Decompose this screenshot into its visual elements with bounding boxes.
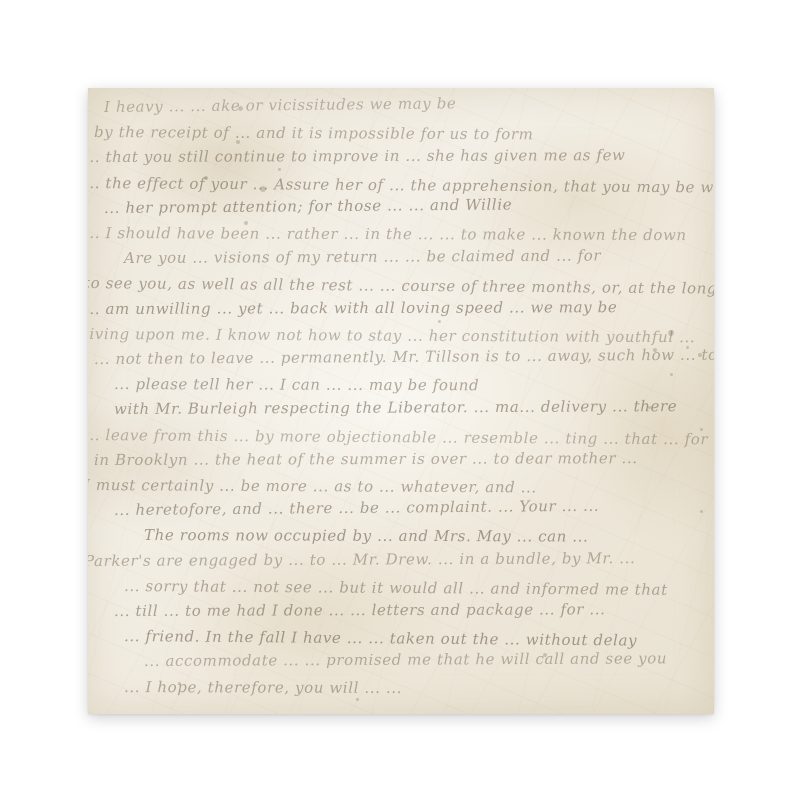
handwriting-line: by the receipt of ... and it is impossib… (94, 123, 534, 143)
product-image-stage: I heavy ... ... ake or vicissitudes we m… (0, 0, 800, 800)
handwriting-line: ... leave from this ... by more objectio… (88, 426, 714, 449)
handwriting-line: ... till ... to me had I done ... ... le… (114, 600, 606, 620)
ink-spot (356, 698, 359, 701)
ink-spot (278, 168, 281, 171)
ink-spot (668, 330, 674, 336)
ink-spot (438, 320, 441, 323)
handwriting-line: ... the effect of your ... Assure her of… (88, 174, 714, 197)
ink-spot (698, 353, 702, 357)
ink-spot (670, 373, 673, 376)
vintage-letter-paper: I heavy ... ... ake or vicissitudes we m… (88, 88, 714, 714)
handwriting-line: ... that you still continue to improve i… (88, 147, 625, 167)
handwriting-line: The rooms now occupied by ... and Mrs. M… (144, 526, 588, 546)
handwriting-line: ... I should have been ... rather ... in… (88, 224, 687, 244)
handwriting-line: I must certainly ... be more ... as to .… (88, 476, 537, 496)
handwriting-line: ... please tell her ... I can ... ... ma… (114, 375, 479, 394)
ink-spot (178, 682, 181, 685)
handwriting-line: I heavy ... ... ake or vicissitudes we m… (104, 94, 457, 116)
handwriting-line: ... not then to leave ... permanently. M… (94, 345, 714, 368)
handwriting-line: ... friend. In the fall I have ... ... t… (124, 627, 637, 649)
ink-spot (543, 653, 547, 657)
handwriting-line: ... I hope, therefore, you will ... ... (124, 678, 402, 697)
ink-spot (236, 140, 240, 144)
handwriting-line: in Brooklyn ... the heat of the summer i… (94, 449, 638, 469)
ink-spot (204, 176, 208, 180)
ink-spot (244, 221, 248, 225)
handwriting-line: ... heretofore, and ... there ... be ...… (114, 497, 599, 519)
handwriting-line: Are you ... visions of my return ... ...… (124, 247, 601, 267)
handwriting-line: ... sorry that ... not see ... but it wo… (124, 577, 668, 599)
handwriting-line: living upon me. I know not how to stay .… (88, 325, 695, 346)
ink-spot (653, 348, 657, 352)
handwriting-line: with Mr. Burleigh respecting the Liberat… (114, 397, 677, 418)
ink-spot (238, 106, 243, 111)
ink-spot (260, 186, 266, 192)
handwriting-line: ... am unwilling ... yet ... back with a… (88, 298, 617, 318)
handwritten-text: I heavy ... ... ake or vicissitudes we m… (88, 88, 714, 714)
ink-spot (700, 510, 703, 513)
handwriting-line: ... accommodate ... ... promised me that… (144, 650, 667, 671)
handwriting-line: to see you, as well as all the rest ... … (88, 274, 714, 298)
ink-spot (700, 428, 703, 431)
ink-spot (686, 346, 689, 349)
ink-spot (648, 406, 651, 409)
handwriting-line: ... her prompt attention; for those ... … (104, 195, 512, 217)
handwriting-line: Parker's are engaged by ... to ... Mr. D… (88, 549, 635, 570)
